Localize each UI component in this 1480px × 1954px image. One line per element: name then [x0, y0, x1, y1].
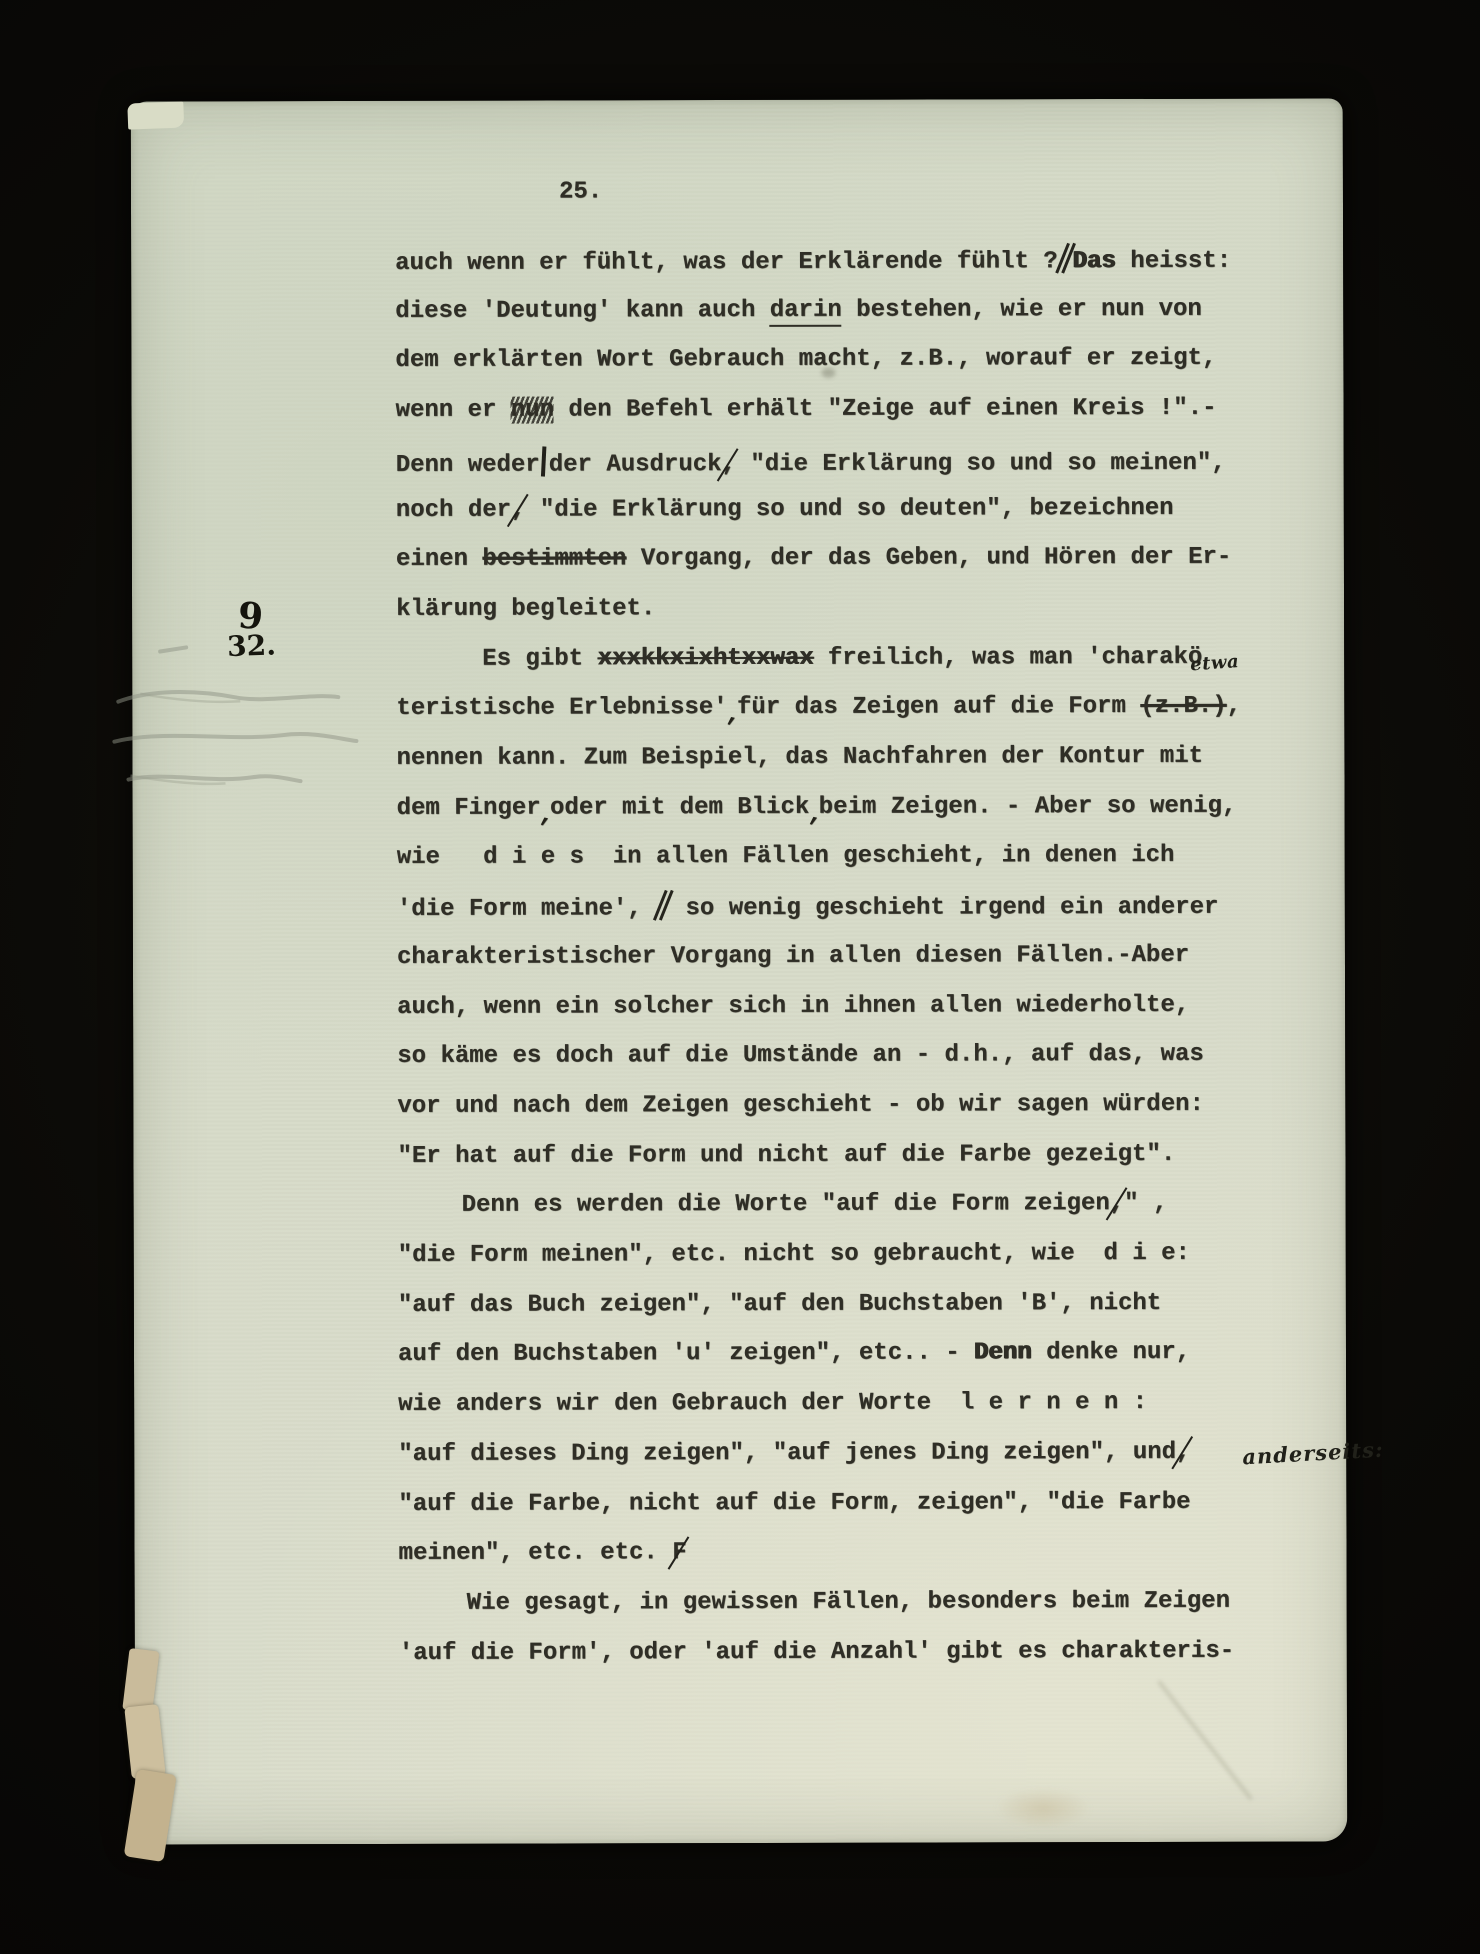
- insertion-bar: [541, 446, 546, 476]
- crossed-char: ,: [1176, 1439, 1190, 1467]
- typed-line: wie anders wir den Gebrauch der Worte l …: [398, 1389, 1147, 1419]
- typed-line: nennen kann. Zum Beispiel, das Nachfahre…: [396, 743, 1203, 773]
- margin-annotations: 32.9etwaanderseits:: [131, 98, 1343, 101]
- crossed-char: ,: [1110, 1190, 1124, 1218]
- typed-line: "auf die Farbe, nicht auf die Form, zeig…: [398, 1488, 1190, 1518]
- typed-line: noch der, "die Erklärung so und so deute…: [396, 494, 1174, 524]
- typed-line: "Er hat auf die Form und nicht auf die F…: [397, 1140, 1175, 1170]
- typed-line: Wie gesagt, in gewissen Fällen, besonder…: [467, 1588, 1230, 1618]
- paper-smudge: [821, 368, 835, 378]
- typed-line: wenn er nun den Befehl erhält "Zeige auf…: [395, 395, 1216, 425]
- typed-line: auch wenn er fühlt, was der Erklärende f…: [395, 246, 1231, 278]
- inserted-comma: ,: [724, 701, 744, 731]
- typed-line: "auf das Buch zeigen", "auf den Buchstab…: [398, 1290, 1161, 1320]
- typed-line: 'auf die Form', oder 'auf die Anzahl' gi…: [399, 1637, 1234, 1667]
- torn-edge-fragment: [124, 1769, 177, 1862]
- typed-line: dem erklärten Wort Gebrauch macht, z.B.,…: [395, 345, 1216, 375]
- torn-edge-fragment: [124, 1704, 166, 1779]
- typed-line: Es gibt xxxkkxixhtxxwax freilich, was ma…: [482, 643, 1202, 673]
- insertion-mark: [656, 893, 671, 917]
- handwritten-anderseits: anderseits:: [1242, 1437, 1385, 1470]
- typed-line: charakteristischer Vorgang in allen dies…: [397, 942, 1189, 972]
- typed-segment: Denn: [974, 1340, 1032, 1367]
- typed-segment: Das: [1073, 248, 1116, 275]
- inserted-comma: ,: [537, 801, 557, 831]
- page-number: 25.: [559, 178, 602, 206]
- typed-line: "auf dieses Ding zeigen", "auf jenes Din…: [398, 1439, 1190, 1469]
- paper-edge-chip: [127, 101, 184, 129]
- paper-crease: [1158, 1680, 1253, 1800]
- inserted-comma: ,: [806, 800, 826, 830]
- crossed-char: F: [672, 1539, 686, 1567]
- typed-over-word: xxxkkxixhtxxwax: [597, 644, 813, 672]
- typed-line: auch, wenn ein solcher sich in ihnen all…: [397, 991, 1189, 1021]
- typed-line: klärung begleitet.: [396, 595, 655, 624]
- crossed-char: ,: [511, 496, 525, 524]
- typed-line: Denn es werden die Worte "auf die Form z…: [462, 1190, 1168, 1220]
- typed-line: wie d i e s in allen Fällen geschieht, i…: [397, 842, 1175, 872]
- typed-line: Denn wederder Ausdruck, "die Erklärung s…: [396, 445, 1226, 480]
- scribbled-word: nun: [511, 397, 554, 424]
- typed-line: "die Form meinen", etc. nicht so gebrauc…: [398, 1240, 1190, 1270]
- typed-line: so käme es doch auf die Umstände an - d.…: [397, 1041, 1204, 1071]
- typed-segment: (z.B.): [1140, 693, 1226, 720]
- insertion-mark: [1058, 246, 1073, 270]
- typed-line: einen bestimmten Vorgang, der das Geben,…: [396, 544, 1231, 574]
- typed-line: teristische Erlebnisse',für das Zeigen a…: [396, 693, 1241, 723]
- typed-segment: darin: [770, 296, 842, 326]
- manuscript-page: 25. auch wenn er fühlt, was der Erklären…: [131, 98, 1348, 1844]
- typed-line: diese 'Deutung' kann auch darin bestehen…: [395, 295, 1202, 325]
- typed-line: auf den Buchstaben 'u' zeigen", etc.. - …: [398, 1339, 1190, 1369]
- typed-line: 'die Form meine', so wenig geschieht irg…: [397, 892, 1219, 924]
- typed-line: meinen", etc. etc. F: [398, 1539, 686, 1568]
- photograph-background: 25. auch wenn er fühlt, was der Erklären…: [0, 0, 1480, 1954]
- typed-text-block: auch wenn er fühlt, was der Erklärende f…: [131, 98, 1343, 101]
- pencil-scribble: [110, 629, 381, 830]
- crossed-char: ,: [721, 451, 735, 479]
- typed-segment: bestimmten: [482, 545, 626, 572]
- handwritten-etwa: etwa: [1189, 651, 1239, 675]
- paper-stain: [995, 1787, 1091, 1829]
- typed-line: dem Finger,oder mit dem Blick,beim Zeige…: [397, 792, 1237, 822]
- typed-line: vor und nach dem Zeigen geschieht - ob w…: [397, 1091, 1204, 1121]
